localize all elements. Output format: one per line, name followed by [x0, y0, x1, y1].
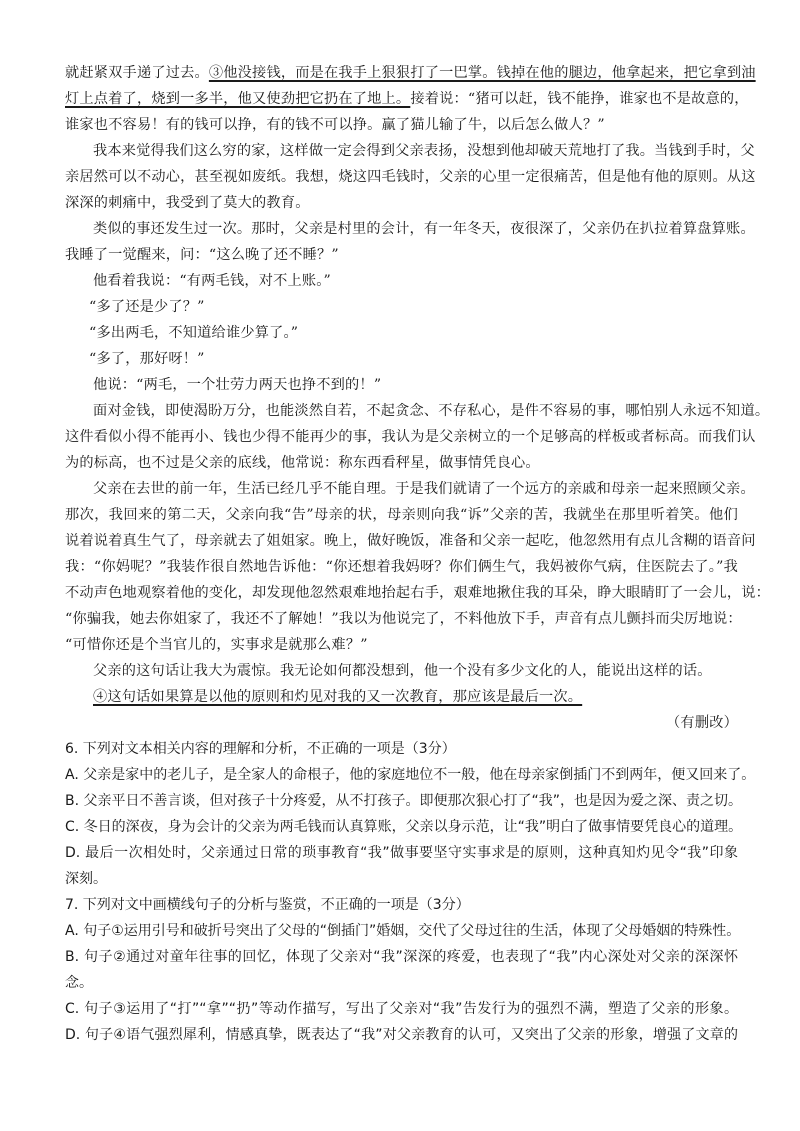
underlined-sentence-3-cont: 灯上点着了，烧到一多半，他又使劲把它扔在了地上。 [65, 91, 410, 107]
question-stem: 6. 下列对文本相关内容的理解和分析，不正确的一项是（3分） [65, 736, 738, 762]
passage-line: “你骗我，她去你姐家了，我还不了解她！”我以为他说完了，不料他放下手，声音有点儿… [65, 606, 738, 632]
passage-line: 我本来觉得我们这么穷的家，这样做一定会得到父亲表扬，没想到他却破天荒地打了我。当… [65, 138, 738, 164]
underlined-sentence-4: ④这句话如果算是以他的原则和灼见对我的又一次教育，那应该是最后一次。 [93, 689, 582, 705]
passage-line: 我：“你妈呢？”我装作很自然地告诉他：“你还想着我妈呀？你们俩生气，我妈被你气病… [65, 554, 738, 580]
option-b: B. 父亲平日不善言谈，但对孩子十分疼爱，从不打孩子。即便那次狠心打了“我”，也… [65, 788, 738, 814]
passage-line: 面对金钱，即使渴盼万分，也能淡然自若，不起贪念、不存私心，是件不容易的事，哪怕别… [65, 398, 738, 424]
option-d: D. 最后一次相处时，父亲通过日常的琐事教育“我”做事要坚守实事求是的原则，这种… [65, 840, 738, 866]
option-c: C. 句子③运用了“打”“拿”“扔”等动作描写，写出了父亲对“我”告发行为的强烈… [65, 996, 738, 1022]
option-a: A. 句子①运用引号和破折号突出了父母的“倒插门”婚姻，交代了父母过往的生活，体… [65, 918, 738, 944]
option-b-cont: 念。 [65, 970, 738, 996]
passage-line: “多出两毛，不知道给谁少算了。” [65, 320, 738, 346]
question-stem: 7. 下列对文中画横线句子的分析与鉴赏，不正确的一项是（3分） [65, 892, 738, 918]
option-d-cont: 深刻。 [65, 866, 738, 892]
passage-line: 说着说着真生气了，母亲就去了姐姐家。晚上，做好晚饭，准备和父亲一起吃，他忽然用有… [65, 528, 738, 554]
passage-line: 我睡了一觉醒来，问：“这么晚了还不睡？” [65, 242, 738, 268]
passage-line: 类似的事还发生过一次。那时，父亲是村里的会计，有一年冬天，夜很深了，父亲仍在扒拉… [65, 216, 738, 242]
passage-line: 他看着我说：“有两毛钱，对不上账。” [65, 268, 738, 294]
question-6: 6. 下列对文本相关内容的理解和分析，不正确的一项是（3分） A. 父亲是家中的… [65, 736, 738, 892]
document-page: 就赶紧双手递了过去。③他没接钱，而是在我手上狠狠打了一巴掌。钱掉在他的腿边，他拿… [65, 60, 738, 1048]
passage-line: 那次，我回来的第二天，父亲向我“告”母亲的状，母亲则向我“诉”父亲的苦，我就坐在… [65, 502, 738, 528]
option-b: B. 句子②通过对童年往事的回忆，体现了父亲对“我”深深的疼爱，也表现了“我”内… [65, 944, 738, 970]
passage-line: 灯上点着了，烧到一多半，他又使劲把它扔在了地上。接着说：“猪可以赶，钱不能挣，谁… [65, 86, 738, 112]
passage-line: 他说：“两毛，一个壮劳力两天也挣不到的！” [65, 372, 738, 398]
passage-line: 父亲的这句话让我大为震惊。我无论如何都没想到，他一个没有多少文化的人，能说出这样… [65, 658, 738, 684]
passage-line: 父亲在去世的前一年，生活已经几乎不能自理。于是我们就请了一个远方的亲戚和母亲一起… [65, 476, 738, 502]
passage-line: 为的标高，也不过是父亲的底线，他常说：称东西看秤星，做事情凭良心。 [65, 450, 738, 476]
passage-line: 深深的刺痛中，我受到了莫大的教育。 [65, 190, 738, 216]
option-d: D. 句子④语气强烈犀利，情感真挚，既表达了“我”对父亲教育的认可，又突出了父亲… [65, 1022, 738, 1048]
passage-line: “多了，那好呀！” [65, 346, 738, 372]
passage-line: 亲居然可以不动心，甚至视如废纸。我想，烧这四毛钱时，父亲的心里一定很痛苦，但是他… [65, 164, 738, 190]
question-7: 7. 下列对文中画横线句子的分析与鉴赏，不正确的一项是（3分） A. 句子①运用… [65, 892, 738, 1048]
passage-line: “可惜你还是个当官儿的，实事求是就那么难？” [65, 632, 738, 658]
source-note: （有删改） [65, 710, 738, 736]
option-a: A. 父亲是家中的老儿子，是全家人的命根子，他的家庭地位不一般，他在母亲家倒插门… [65, 762, 738, 788]
option-c: C. 冬日的深夜，身为会计的父亲为两毛钱而认真算账，父亲以身示范，让“我”明白了… [65, 814, 738, 840]
passage-line: 不动声色地观察着他的变化，却发现他忽然艰难地抬起右手，艰难地揪住我的耳朵，睁大眼… [65, 580, 738, 606]
passage-line: 这件看似小得不能再小、钱也少得不能再少的事，我认为是父亲树立的一个足够高的样板或… [65, 424, 738, 450]
passage-line: ④这句话如果算是以他的原则和灼见对我的又一次教育，那应该是最后一次。 [65, 684, 738, 710]
passage-line: 谁家也不容易！有的钱可以挣，有的钱不可以挣。赢了猫儿输了牛，以后怎么做人？” [65, 112, 738, 138]
line-text: 接着说：“猪可以赶，钱不能挣，谁家也不是故意的， [410, 91, 748, 107]
passage: 就赶紧双手递了过去。③他没接钱，而是在我手上狠狠打了一巴掌。钱掉在他的腿边，他拿… [65, 60, 738, 736]
passage-line: “多了还是少了？” [65, 294, 738, 320]
line-text: 就赶紧双手递了过去。 [65, 65, 209, 81]
passage-line: 就赶紧双手递了过去。③他没接钱，而是在我手上狠狠打了一巴掌。钱掉在他的腿边，他拿… [65, 60, 738, 86]
underlined-sentence-3: ③他没接钱，而是在我手上狠狠打了一巴掌。钱掉在他的腿边，他拿起来，把它拿到油 [209, 65, 756, 81]
